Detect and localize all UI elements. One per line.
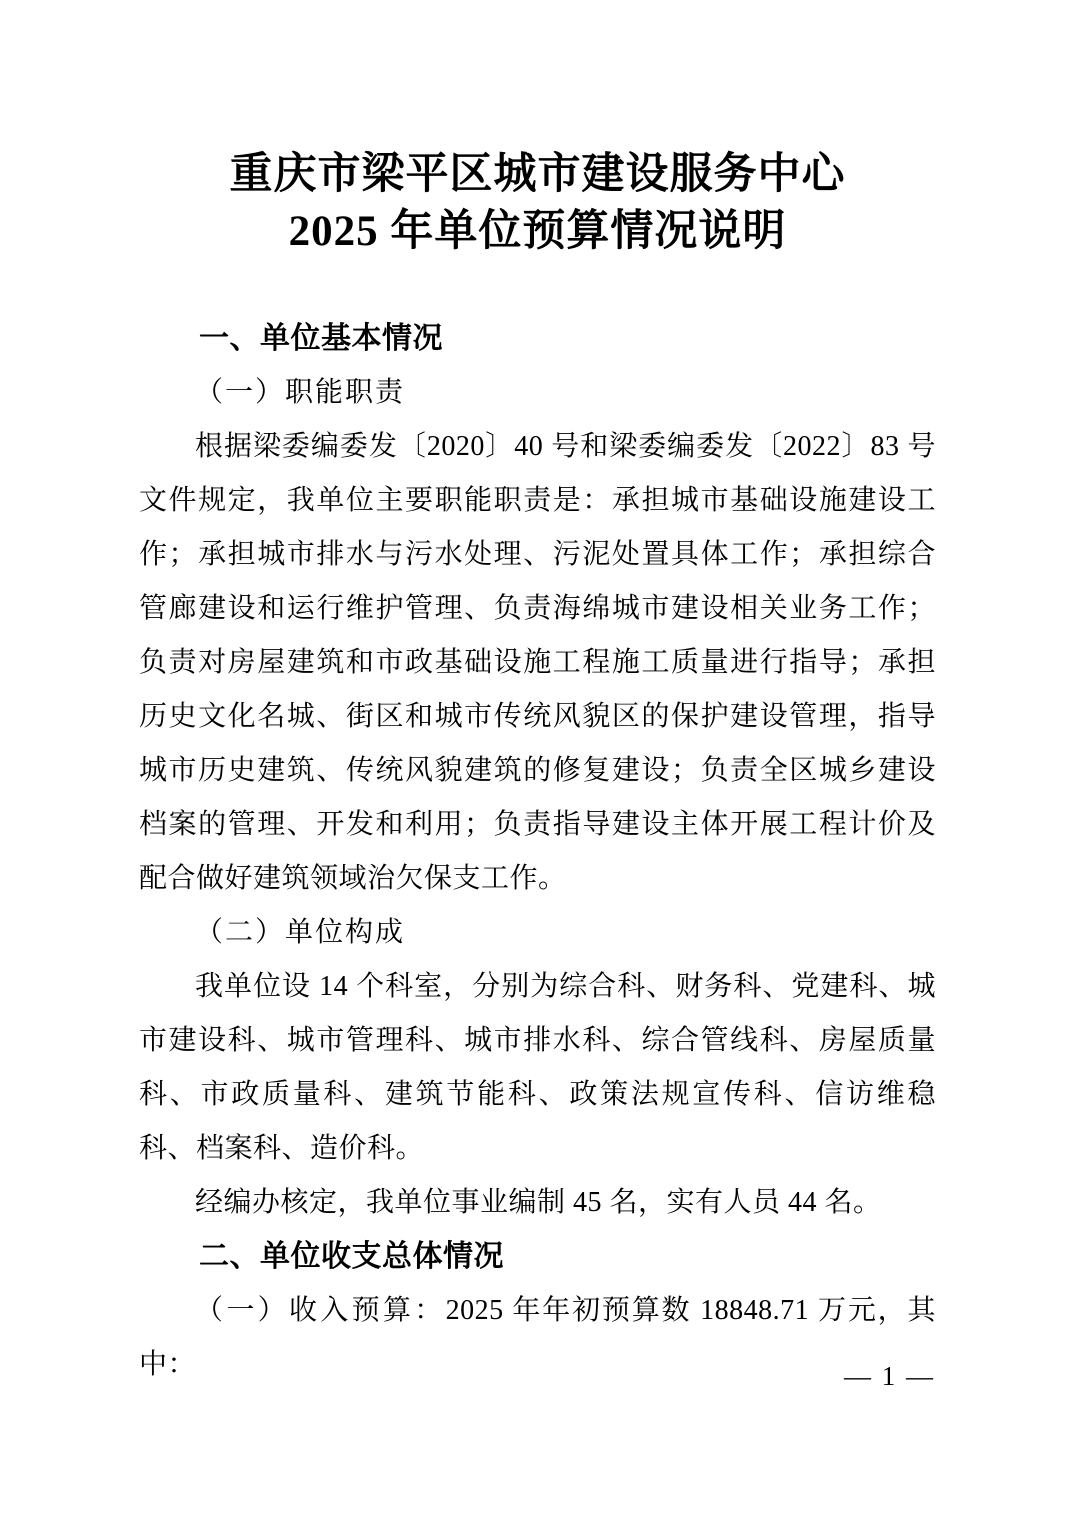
document-content: 重庆市梁平区城市建设服务中心 2025 年单位预算情况说明 一、单位基本情况 （…	[139, 146, 936, 1392]
section2-heading: 二、单位收支总体情况	[139, 1230, 936, 1284]
section1-heading: 一、单位基本情况	[139, 312, 936, 366]
section1-sub2-heading: （二）单位构成	[139, 906, 936, 960]
income-budget-label: （一）收入预算：	[195, 1295, 446, 1326]
section1-sub1-heading: （一）职能职责	[139, 366, 936, 420]
document-body: 一、单位基本情况 （一）职能职责 根据梁委编委发〔2020〕40 号和梁委编委发…	[139, 312, 936, 1392]
income-budget-line: （一）收入预算：2025 年年初预算数 18848.71 万元，其中：	[139, 1284, 936, 1392]
composition-paragraph: 我单位设 14 个科室，分别为综合科、财务科、党建科、城市建设科、城市管理科、城…	[139, 960, 936, 1176]
document-page: 重庆市梁平区城市建设服务中心 2025 年单位预算情况说明 一、单位基本情况 （…	[0, 0, 1074, 1520]
document-title: 重庆市梁平区城市建设服务中心 2025 年单位预算情况说明	[139, 146, 936, 260]
document-title-line2: 2025 年单位预算情况说明	[139, 203, 936, 260]
functions-paragraph: 根据梁委编委发〔2020〕40 号和梁委编委发〔2022〕83 号文件规定，我单…	[139, 420, 936, 906]
staffing-paragraph: 经编办核定，我单位事业编制 45 名，实有人员 44 名。	[139, 1176, 936, 1230]
document-title-line1: 重庆市梁平区城市建设服务中心	[139, 146, 936, 203]
page-number: — 1 —	[844, 1349, 935, 1403]
